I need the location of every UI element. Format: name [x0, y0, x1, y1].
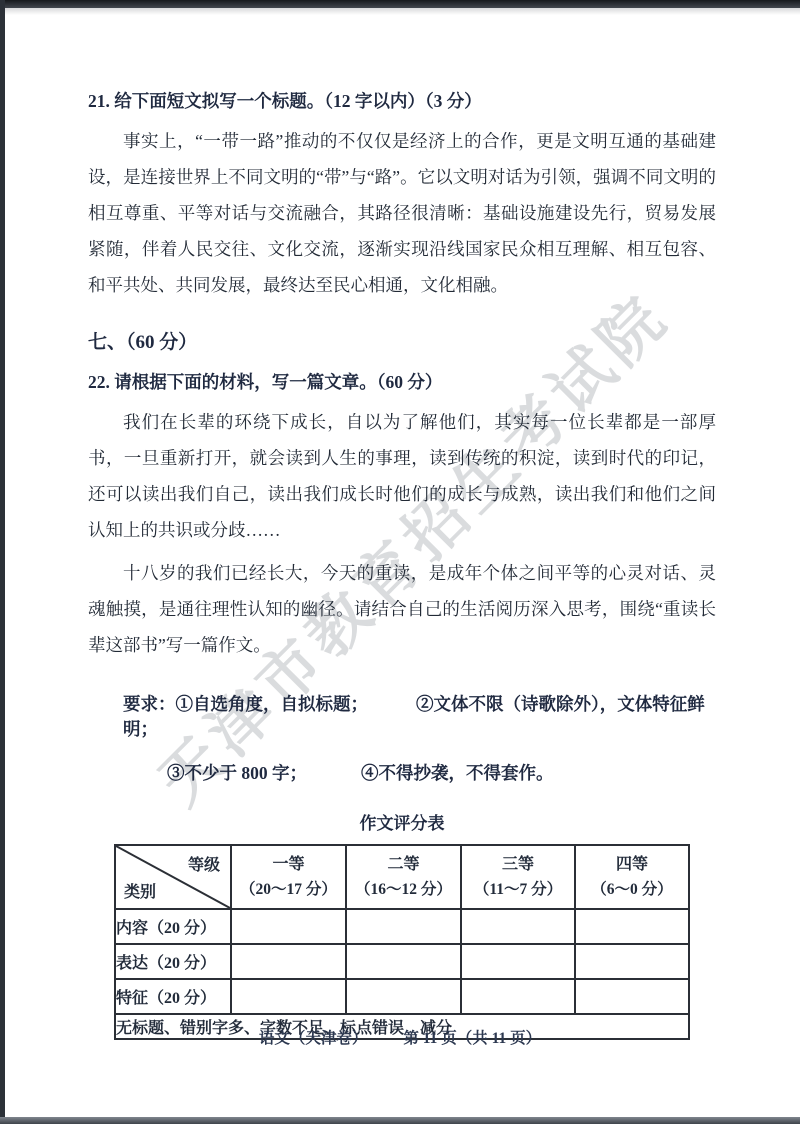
score-cell — [231, 979, 346, 1014]
scan-border-left — [0, 0, 5, 1124]
question-21-heading: 21. 给下面短文拟写一个标题。（12 字以内）（3 分） — [88, 86, 716, 116]
material-paragraph-2: 十八岁的我们已经长大，今天的重读，是成年个体之间平等的心灵对话、灵魂触摸，是通往… — [88, 555, 716, 663]
grade-2-name: 二等 — [347, 852, 460, 877]
grade-header-3: 三等 （11～7 分） — [461, 845, 575, 909]
table-row: 表达（20 分） — [115, 944, 689, 979]
grade-3-name: 三等 — [462, 852, 574, 877]
scoring-table-title: 作文评分表 — [88, 809, 716, 834]
footer-subject: 语文（天津卷） — [259, 1030, 368, 1047]
material-paragraph-1: 我们在长辈的环绕下成长，自以为了解他们，其实每一位长辈都是一部厚书，一旦重新打开… — [88, 404, 716, 548]
question-21-passage: 事实上，“一带一路”推动的不仅仅是经济上的合作，更是文明互通的基础建设，是连接世… — [88, 123, 716, 303]
requirement-item-3: ③不少于 800 字； — [167, 763, 307, 783]
requirement-item-1: ①自选角度，自拟标题； — [176, 694, 369, 714]
score-cell — [346, 909, 461, 944]
grade-1-name: 一等 — [232, 852, 345, 877]
grade-3-range: （11～7 分） — [462, 877, 574, 902]
score-cell — [346, 979, 461, 1014]
category-label-content: 内容（20 分） — [115, 909, 231, 944]
score-cell — [231, 909, 346, 944]
category-label-feature: 特征（20 分） — [115, 979, 231, 1014]
question-22-heading: 22. 请根据下面的材料，写一篇文章。（60 分） — [88, 367, 716, 397]
table-row: 特征（20 分） — [115, 979, 689, 1014]
scan-border-bottom — [0, 1117, 800, 1124]
table-header-row: 等级 类别 一等 （20～17 分） 二等 （16～12 分） 三等 （11～7… — [115, 845, 689, 909]
grade-header-2: 二等 （16～12 分） — [346, 845, 461, 909]
requirements-line-1: 要求：①自选角度，自拟标题；②文体不限（诗歌除外），文体特征鲜明； — [88, 691, 716, 741]
scan-border-top-shadow — [0, 8, 800, 15]
grade-2-range: （16～12 分） — [347, 877, 460, 902]
table-row: 内容（20 分） — [115, 909, 689, 944]
score-cell — [461, 909, 575, 944]
footer-page-number: 第 11 页（共 11 页） — [403, 1030, 541, 1047]
scoring-table: 等级 类别 一等 （20～17 分） 二等 （16～12 分） 三等 （11～7… — [114, 844, 690, 1040]
score-cell — [575, 944, 689, 979]
page-footer: 语文（天津卷）第 11 页（共 11 页） — [0, 1026, 800, 1048]
section-7-heading: 七、（60 分） — [88, 327, 716, 359]
page-content: 21. 给下面短文拟写一个标题。（12 字以内）（3 分） 事实上，“一带一路”… — [88, 86, 716, 1040]
corner-label-grade: 等级 — [188, 852, 220, 875]
grade-header-1: 一等 （20～17 分） — [231, 845, 346, 909]
requirement-item-4: ④不得抄袭，不得套作。 — [361, 763, 554, 783]
requirements-line-2: ③不少于 800 字；④不得抄袭，不得套作。 — [88, 760, 716, 785]
corner-label-category: 类别 — [124, 879, 156, 902]
score-cell — [346, 944, 461, 979]
score-cell — [575, 979, 689, 1014]
category-label-expression: 表达（20 分） — [115, 944, 231, 979]
table-corner-cell: 等级 类别 — [115, 845, 231, 909]
score-cell — [575, 909, 689, 944]
score-cell — [231, 944, 346, 979]
grade-header-4: 四等 （6～0 分） — [575, 845, 689, 909]
scan-border-top — [0, 0, 800, 8]
score-cell — [461, 944, 575, 979]
score-cell — [461, 979, 575, 1014]
grade-4-range: （6～0 分） — [576, 877, 688, 902]
grade-1-range: （20～17 分） — [232, 877, 345, 902]
grade-4-name: 四等 — [576, 852, 688, 877]
requirements-label: 要求： — [123, 694, 176, 714]
